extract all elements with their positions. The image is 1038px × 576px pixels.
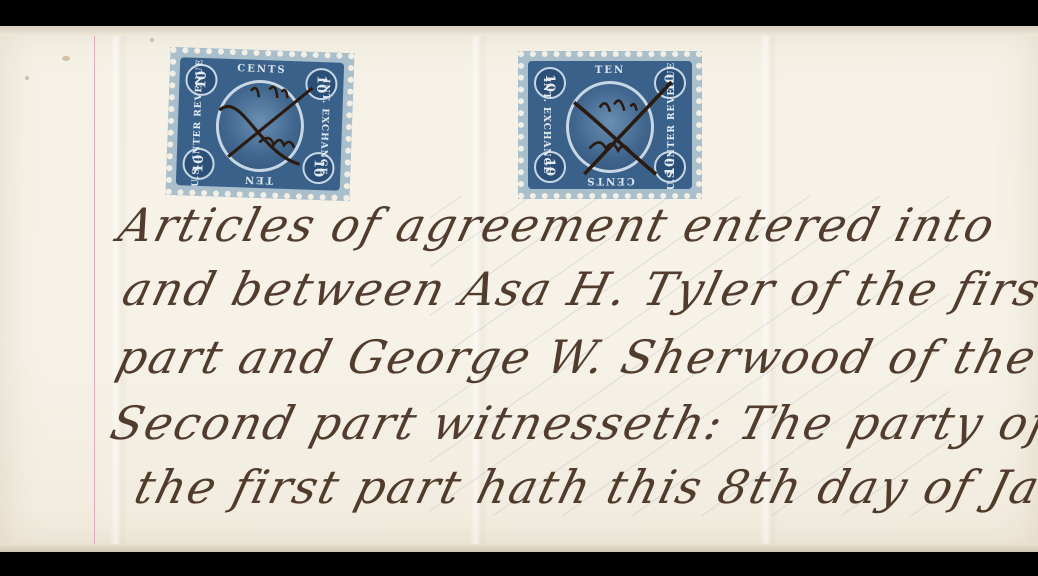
revenue-stamp-1: CENTS TEN 10 10 10 10 U.S. INTER REVENUE… (165, 47, 354, 201)
stamp-design: CENTS TEN 10 10 10 10 U.S. INTER REVENUE… (176, 57, 344, 191)
paper-fold (110, 36, 128, 544)
stamp-left-text: INT. EXCHANGE (541, 78, 551, 174)
ink-bleed-through (430, 196, 950, 516)
margin-line (94, 36, 95, 544)
stain (150, 38, 154, 42)
revenue-stamp-2: TEN CENTS 10 10 10 10 INT. EXCHANGE U.S.… (518, 51, 702, 199)
stain (25, 76, 29, 80)
stamp-right-text: U.S. INTER REVENUE (667, 62, 677, 189)
stamp-design: TEN CENTS 10 10 10 10 INT. EXCHANGE U.S.… (528, 61, 692, 189)
portrait-oval (214, 78, 305, 173)
stain (62, 56, 70, 61)
portrait-oval (566, 81, 654, 173)
